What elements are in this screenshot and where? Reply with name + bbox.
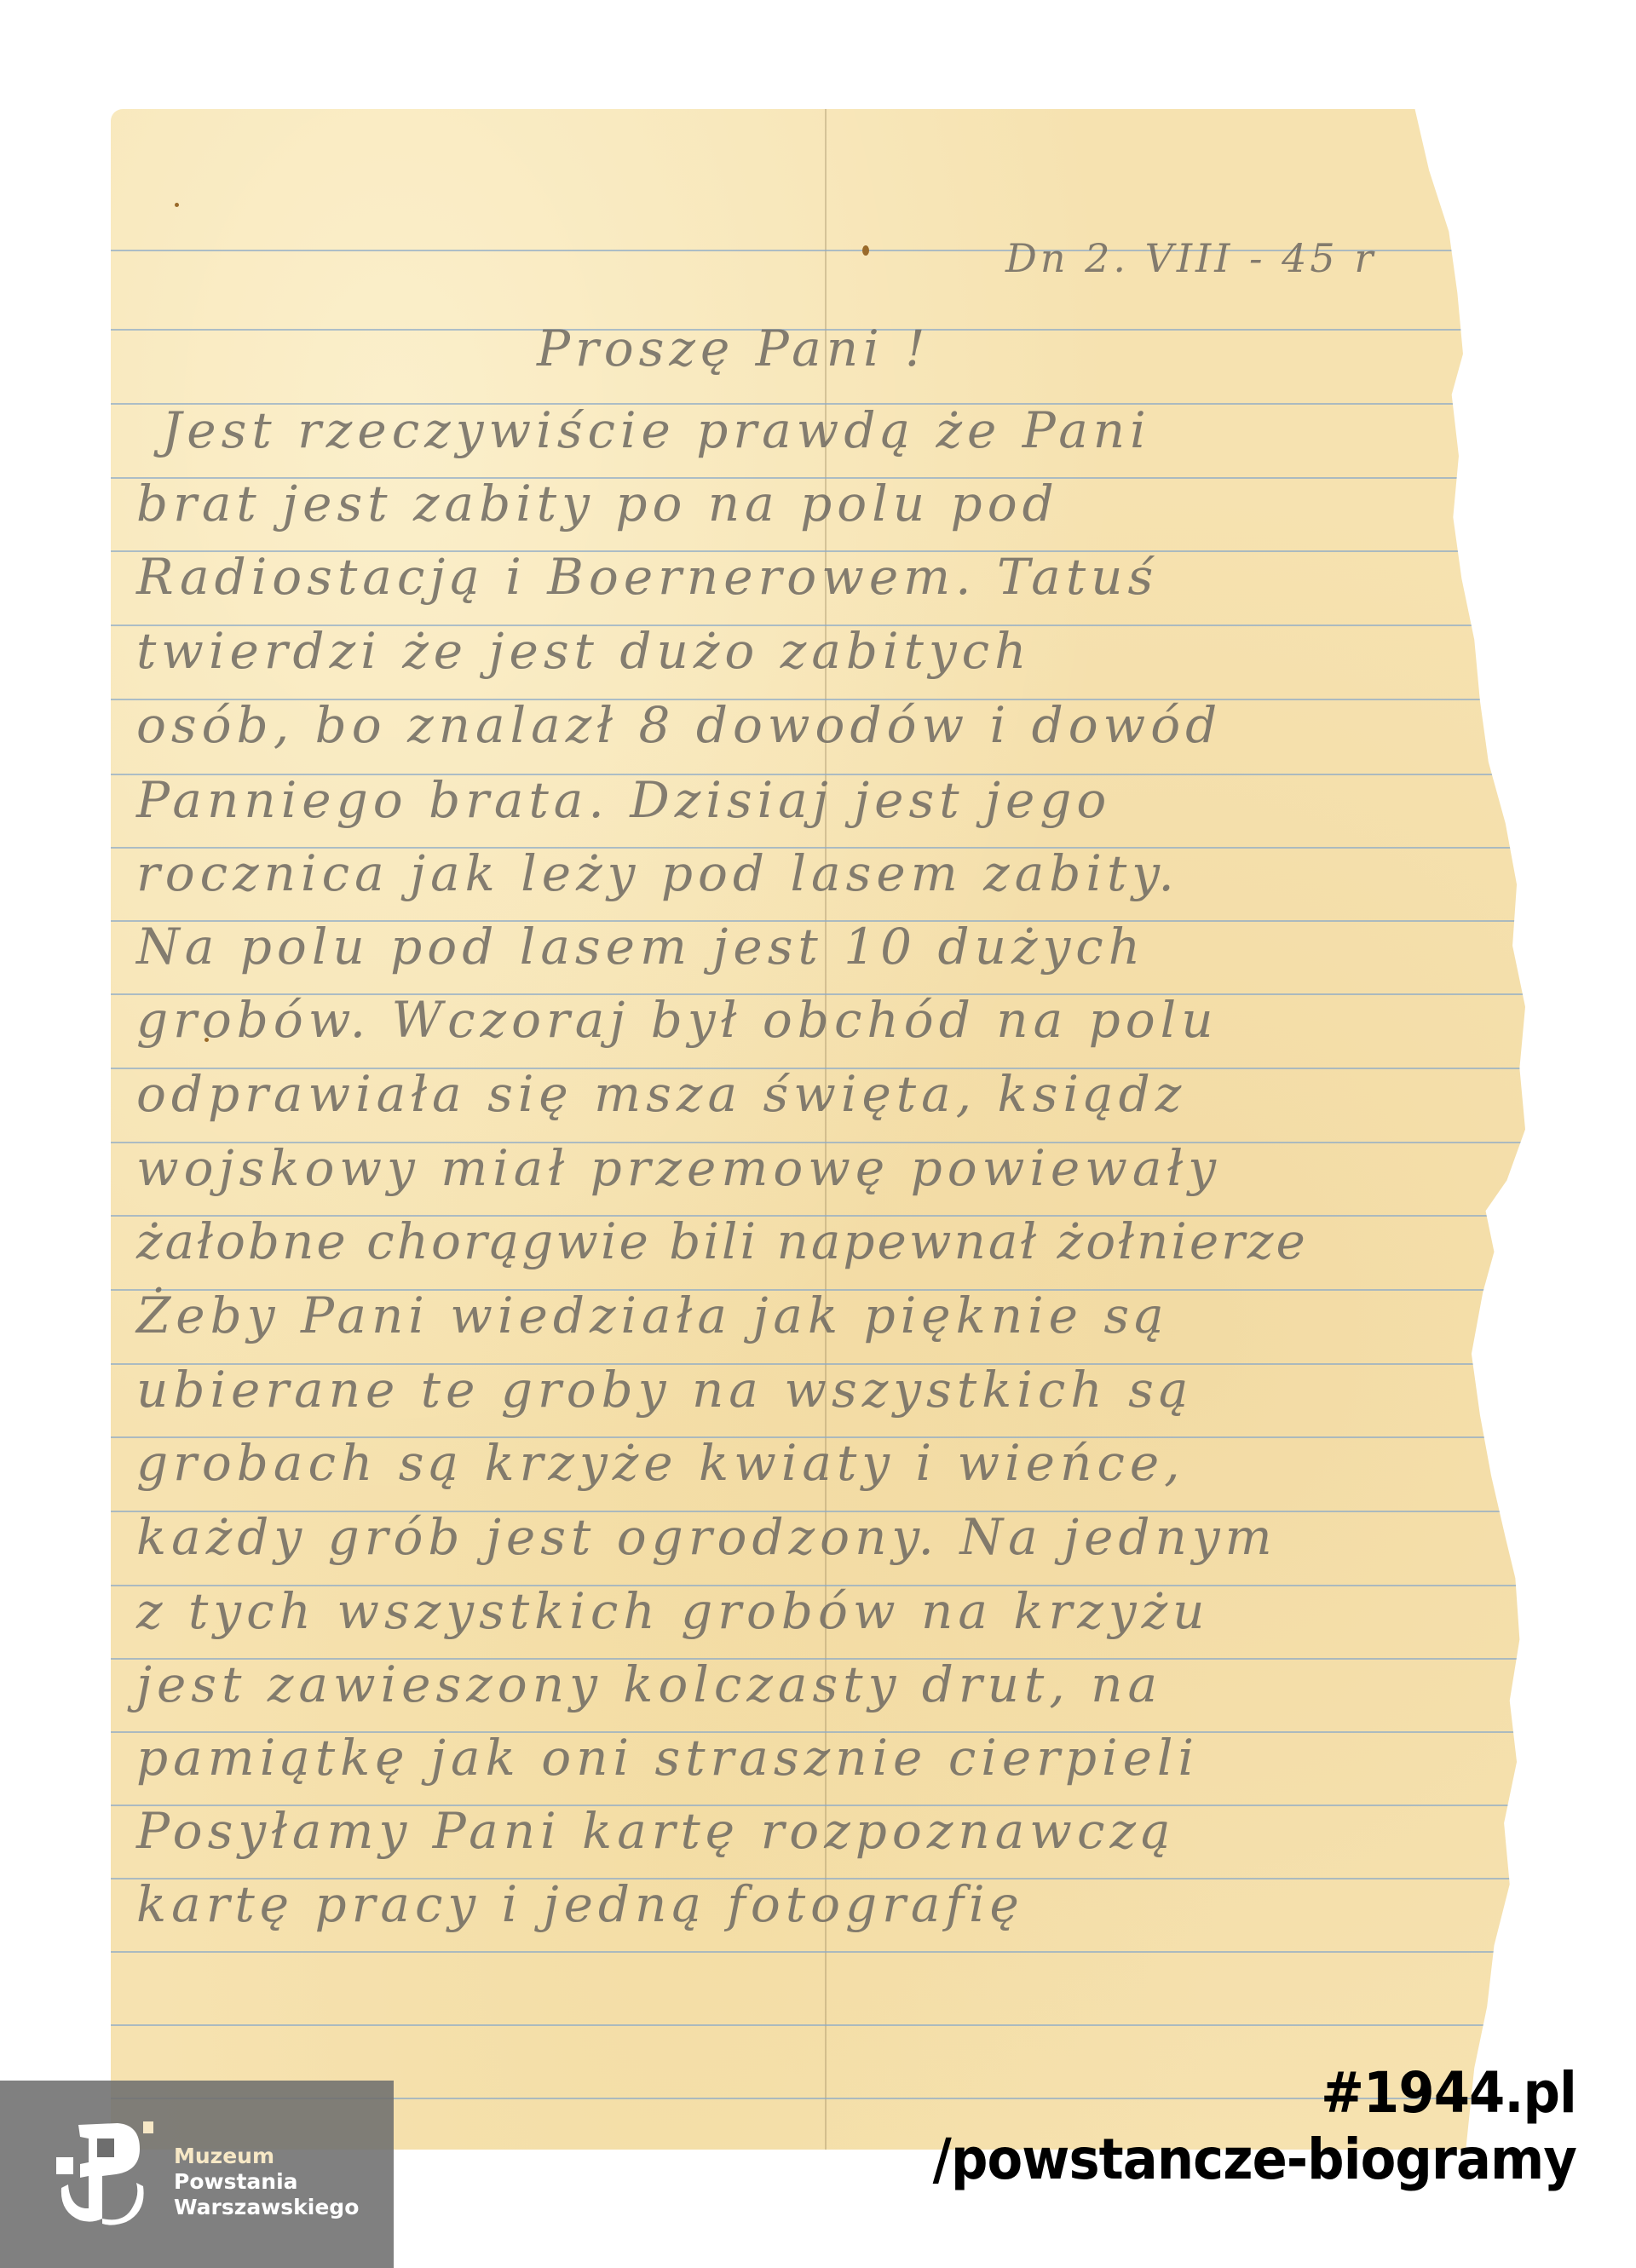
letter-line: osób, bo znalazł 8 dowodów i dowód <box>136 700 1222 750</box>
letter-line: grobach są krzyże kwiaty i wieńce, <box>136 1438 1185 1488</box>
museum-branding-box: Muzeum Powstania Warszawskiego <box>0 2081 394 2268</box>
letter-line: żałobne chorągwie bili napewnał żołnierz… <box>136 1217 1308 1266</box>
letter-date: Dn 2. VIII - 45 r <box>1005 239 1376 278</box>
letter-line: odprawiała się msza święta, ksiądz <box>136 1069 1186 1119</box>
letter-line: Posyłamy Pani kartę rozpoznawczą <box>136 1806 1176 1856</box>
ruled-line <box>111 1951 1525 1953</box>
letter-line: Żeby Pani wiedziała jak pięknie są <box>136 1291 1169 1340</box>
kotwica-anchor-icon <box>51 2116 153 2227</box>
letter-line: ubierane te groby na wszystkich są <box>136 1365 1193 1414</box>
museum-name-line1: Muzeum <box>174 2144 359 2169</box>
letter-line: kartę pracy i jedną fotografię <box>136 1879 1024 1929</box>
paper-stain <box>862 245 869 256</box>
letter-line: brat jest zabity po na polu pod <box>136 479 1059 528</box>
letter-line: rocznica jak leży pod lasem zabity. <box>136 849 1179 898</box>
letter-line: grobów. Wczoraj był obchód na polu <box>136 995 1218 1045</box>
museum-name-line2: Powstania <box>174 2169 359 2195</box>
site-tag-path: /powstancze-biogramy <box>933 2127 1576 2192</box>
letter-line: wojskowy miał przemowę powiewały <box>136 1143 1221 1193</box>
letter-line: każdy grób jest ogrodzony. Na jednym <box>136 1512 1277 1562</box>
letter-line: twierdzi że jest dużo zabitych <box>136 626 1031 676</box>
letter-salutation: Proszę Pani ! <box>537 324 930 373</box>
letter-line: Panniego brata. Dzisiaj jest jego <box>136 775 1111 825</box>
letter-line: z tych wszystkich grobów na krzyżu <box>136 1586 1210 1636</box>
letter-line: Na polu pod lasem jest 10 dużych <box>136 922 1145 971</box>
site-tag-hashtag: #1944.pl <box>1321 2060 1576 2126</box>
ruled-line <box>111 2024 1525 2026</box>
letter-line: Jest rzeczywiście prawdą że Pani <box>162 406 1151 455</box>
letter-line: Radiostacją i Boernerowem. Tatuś <box>136 552 1158 602</box>
letter-line: jest zawieszony kolczasty drut, na <box>136 1660 1162 1709</box>
paper-stain <box>175 203 179 207</box>
letter-line: pamiątkę jak oni strasznie cierpieli <box>136 1733 1199 1782</box>
museum-name-line3: Warszawskiego <box>174 2195 359 2220</box>
letter-paper: Dn 2. VIII - 45 r Proszę Pani ! Jest rze… <box>111 109 1525 2150</box>
museum-name: Muzeum Powstania Warszawskiego <box>174 2144 359 2220</box>
